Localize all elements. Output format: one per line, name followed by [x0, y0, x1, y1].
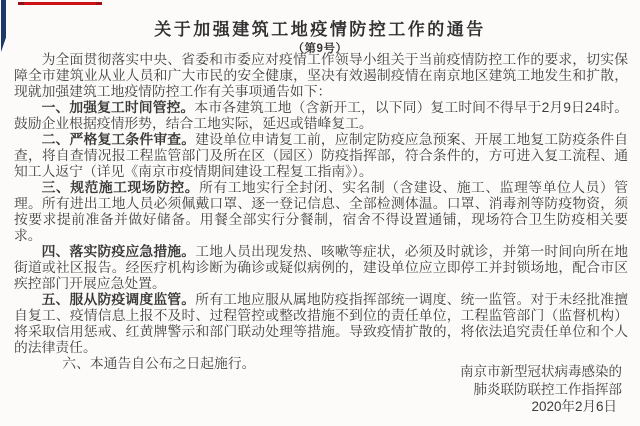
item-5-heading: 五、服从防疫调度监管。 [42, 292, 196, 307]
item-1-heading: 一、加强复工时间管控。 [42, 100, 195, 115]
red-accent-line [18, 2, 102, 5]
item-3-heading: 三、规范施工现场防控。 [42, 180, 199, 195]
paragraph-item-5: 五、服从防疫调度监管。所有工地应服从属地防疫指挥部统一调度、统一监管。对于未经批… [14, 292, 628, 356]
notice-title: 关于加强建筑工地疫情防控工作的通告 [0, 15, 640, 40]
item-6-text: 六、本通告自公布之日起施行。 [62, 356, 255, 371]
signature-block: 南京市新型冠状病毒感染的 肺炎联防联控工作指挥部 2020年2月6日 [460, 363, 622, 416]
item-2-heading: 二、严格复工条件审查。 [42, 132, 196, 147]
signature-org-line-1: 南京市新型冠状病毒感染的 [460, 363, 622, 381]
signature-date: 2020年2月6日 [460, 398, 622, 416]
notice-document: 关于加强建筑工地疫情防控工作的通告 （第9号） 为全面贯彻落实中央、省委和市委应… [0, 0, 640, 426]
paragraph-intro: 为全面贯彻落实中央、省委和市委应对疫情工作领导小组关于当前疫情防控工作的要求，切… [14, 52, 628, 100]
paragraph-item-3: 三、规范施工现场防控。所有工地实行全封闭、实名制（含建设、施工、监理等单位人员）… [14, 180, 628, 244]
notice-body: 为全面贯彻落实中央、省委和市委应对疫情工作领导小组关于当前疫情防控工作的要求，切… [14, 52, 628, 372]
paragraph-item-1: 一、加强复工时间管控。本市各建筑工地（含新开工，以下同）复工时间不得早于2月9日… [14, 100, 628, 132]
paragraph-item-2: 二、严格复工条件审查。建设单位申请复工前，应制定防疫应急预案、开展工地复工防疫条… [14, 132, 628, 180]
signature-org-line-2: 肺炎联防联控工作指挥部 [460, 381, 622, 399]
paragraph-item-4: 四、落实防疫应急措施。工地人员出现发热、咳嗽等症状，必须及时就诊，并第一时间向所… [14, 244, 628, 292]
paragraph-intro-text: 为全面贯彻落实中央、省委和市委应对疫情工作领导小组关于当前疫情防控工作的要求，切… [14, 52, 628, 99]
item-4-heading: 四、落实防疫应急措施。 [42, 244, 196, 259]
